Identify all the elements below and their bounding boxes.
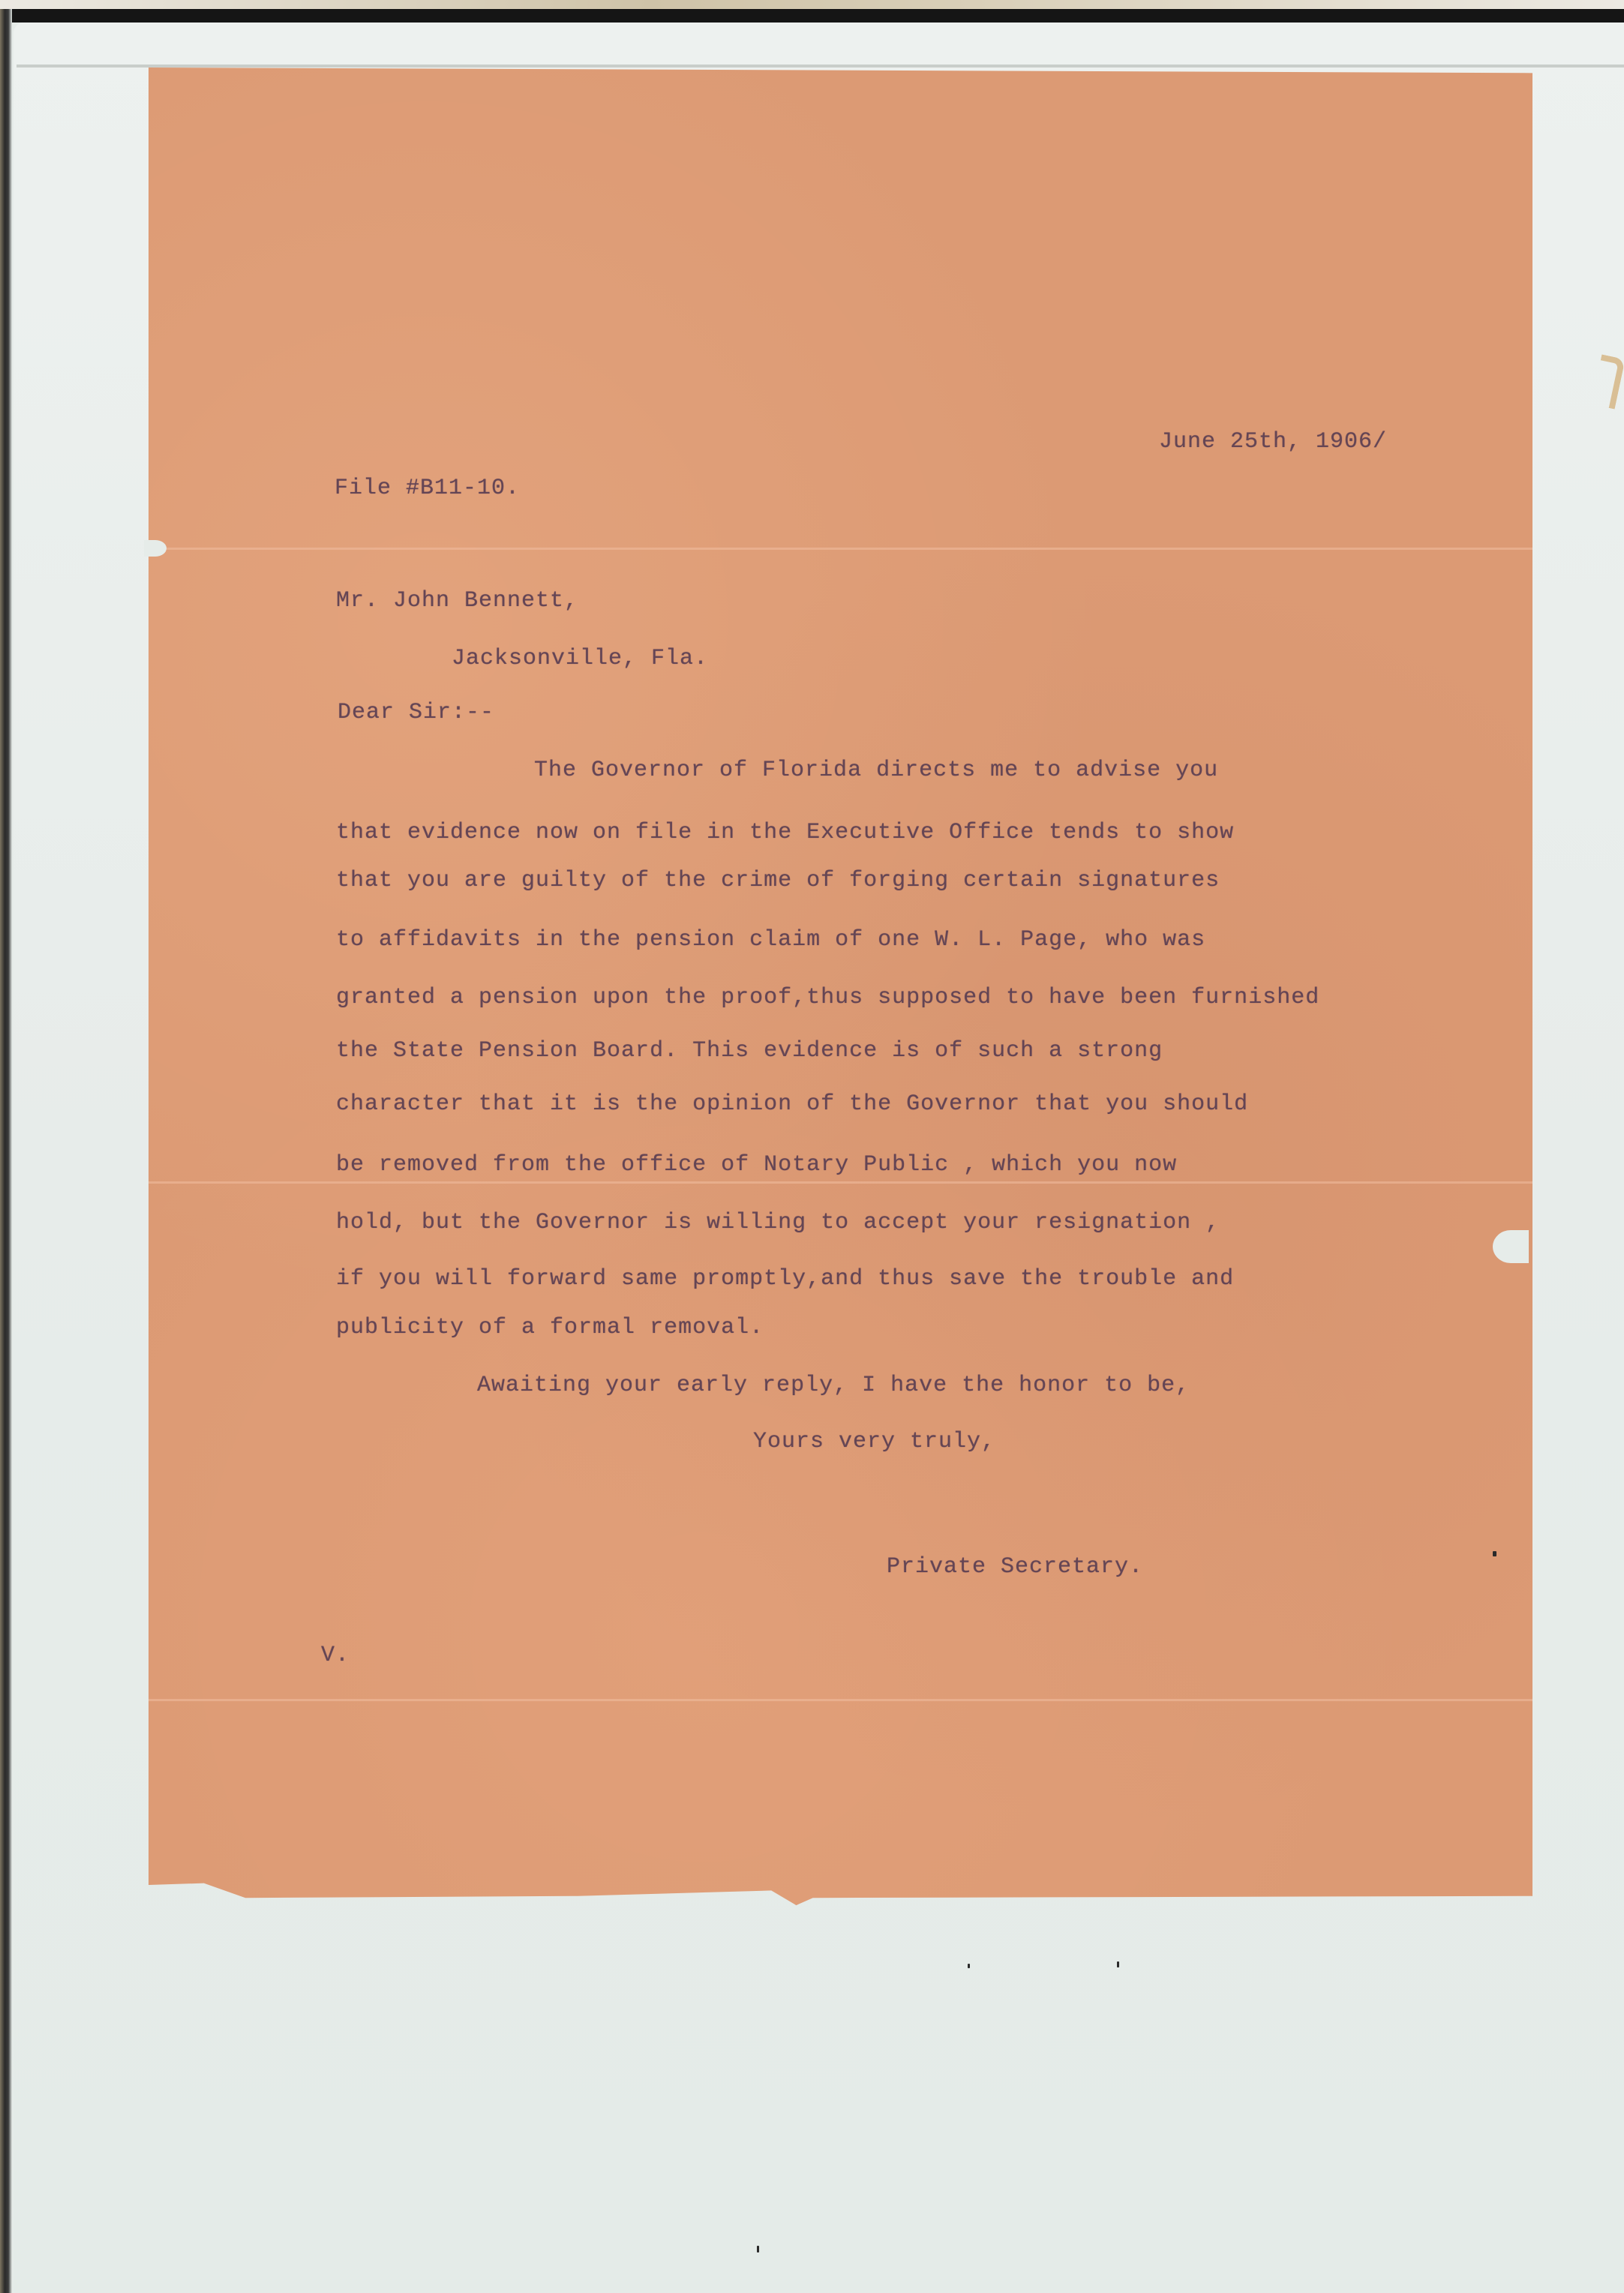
paper-fold-line [149, 1699, 1532, 1701]
body-line: granted a pension upon the proof,thus su… [336, 985, 1319, 1010]
scan-top-edge [0, 0, 1624, 9]
body-line: to affidavits in the pension claim of on… [336, 927, 1205, 953]
letter-date: June 25th, 1906/ [1159, 429, 1387, 455]
body-line: the State Pension Board. This evidence i… [336, 1038, 1163, 1064]
body-line: that you are guilty of the crime of forg… [336, 868, 1220, 893]
paper-tear [144, 540, 167, 557]
body-line: hold, but the Governor is willing to acc… [336, 1210, 1220, 1235]
body-line: character that it is the opinion of the … [336, 1091, 1248, 1117]
signature-title: Private Secretary. [887, 1554, 1143, 1580]
dust-speck [1493, 1551, 1496, 1556]
body-line: be removed from the office of Notary Pub… [336, 1152, 1177, 1178]
paper-fold-line [149, 1181, 1532, 1184]
body-line: if you will forward same promptly,and th… [336, 1266, 1234, 1292]
recipient-name: Mr. John Bennett, [336, 588, 578, 614]
valediction: Yours very truly, [753, 1429, 995, 1454]
typist-initial: V. [321, 1643, 350, 1668]
file-reference: File #B11-10. [335, 476, 520, 501]
dust-speck [757, 2246, 759, 2252]
body-line: that evidence now on file in the Executi… [336, 820, 1234, 845]
dust-speck [1117, 1961, 1119, 1967]
paper-tear [1493, 1230, 1529, 1263]
paper-fold-line [149, 548, 1532, 550]
scan-black-border [0, 9, 1624, 23]
recipient-city: Jacksonville, Fla. [452, 646, 708, 671]
dust-speck [968, 1964, 970, 1968]
mount-crease [17, 65, 1624, 68]
scan-left-edge [0, 9, 12, 2293]
body-line: The Governor of Florida directs me to ad… [534, 758, 1218, 783]
salutation: Dear Sir:-- [338, 700, 494, 725]
closing-line: Awaiting your early reply, I have the ho… [477, 1373, 1190, 1398]
body-line: publicity of a formal removal. [336, 1315, 764, 1340]
